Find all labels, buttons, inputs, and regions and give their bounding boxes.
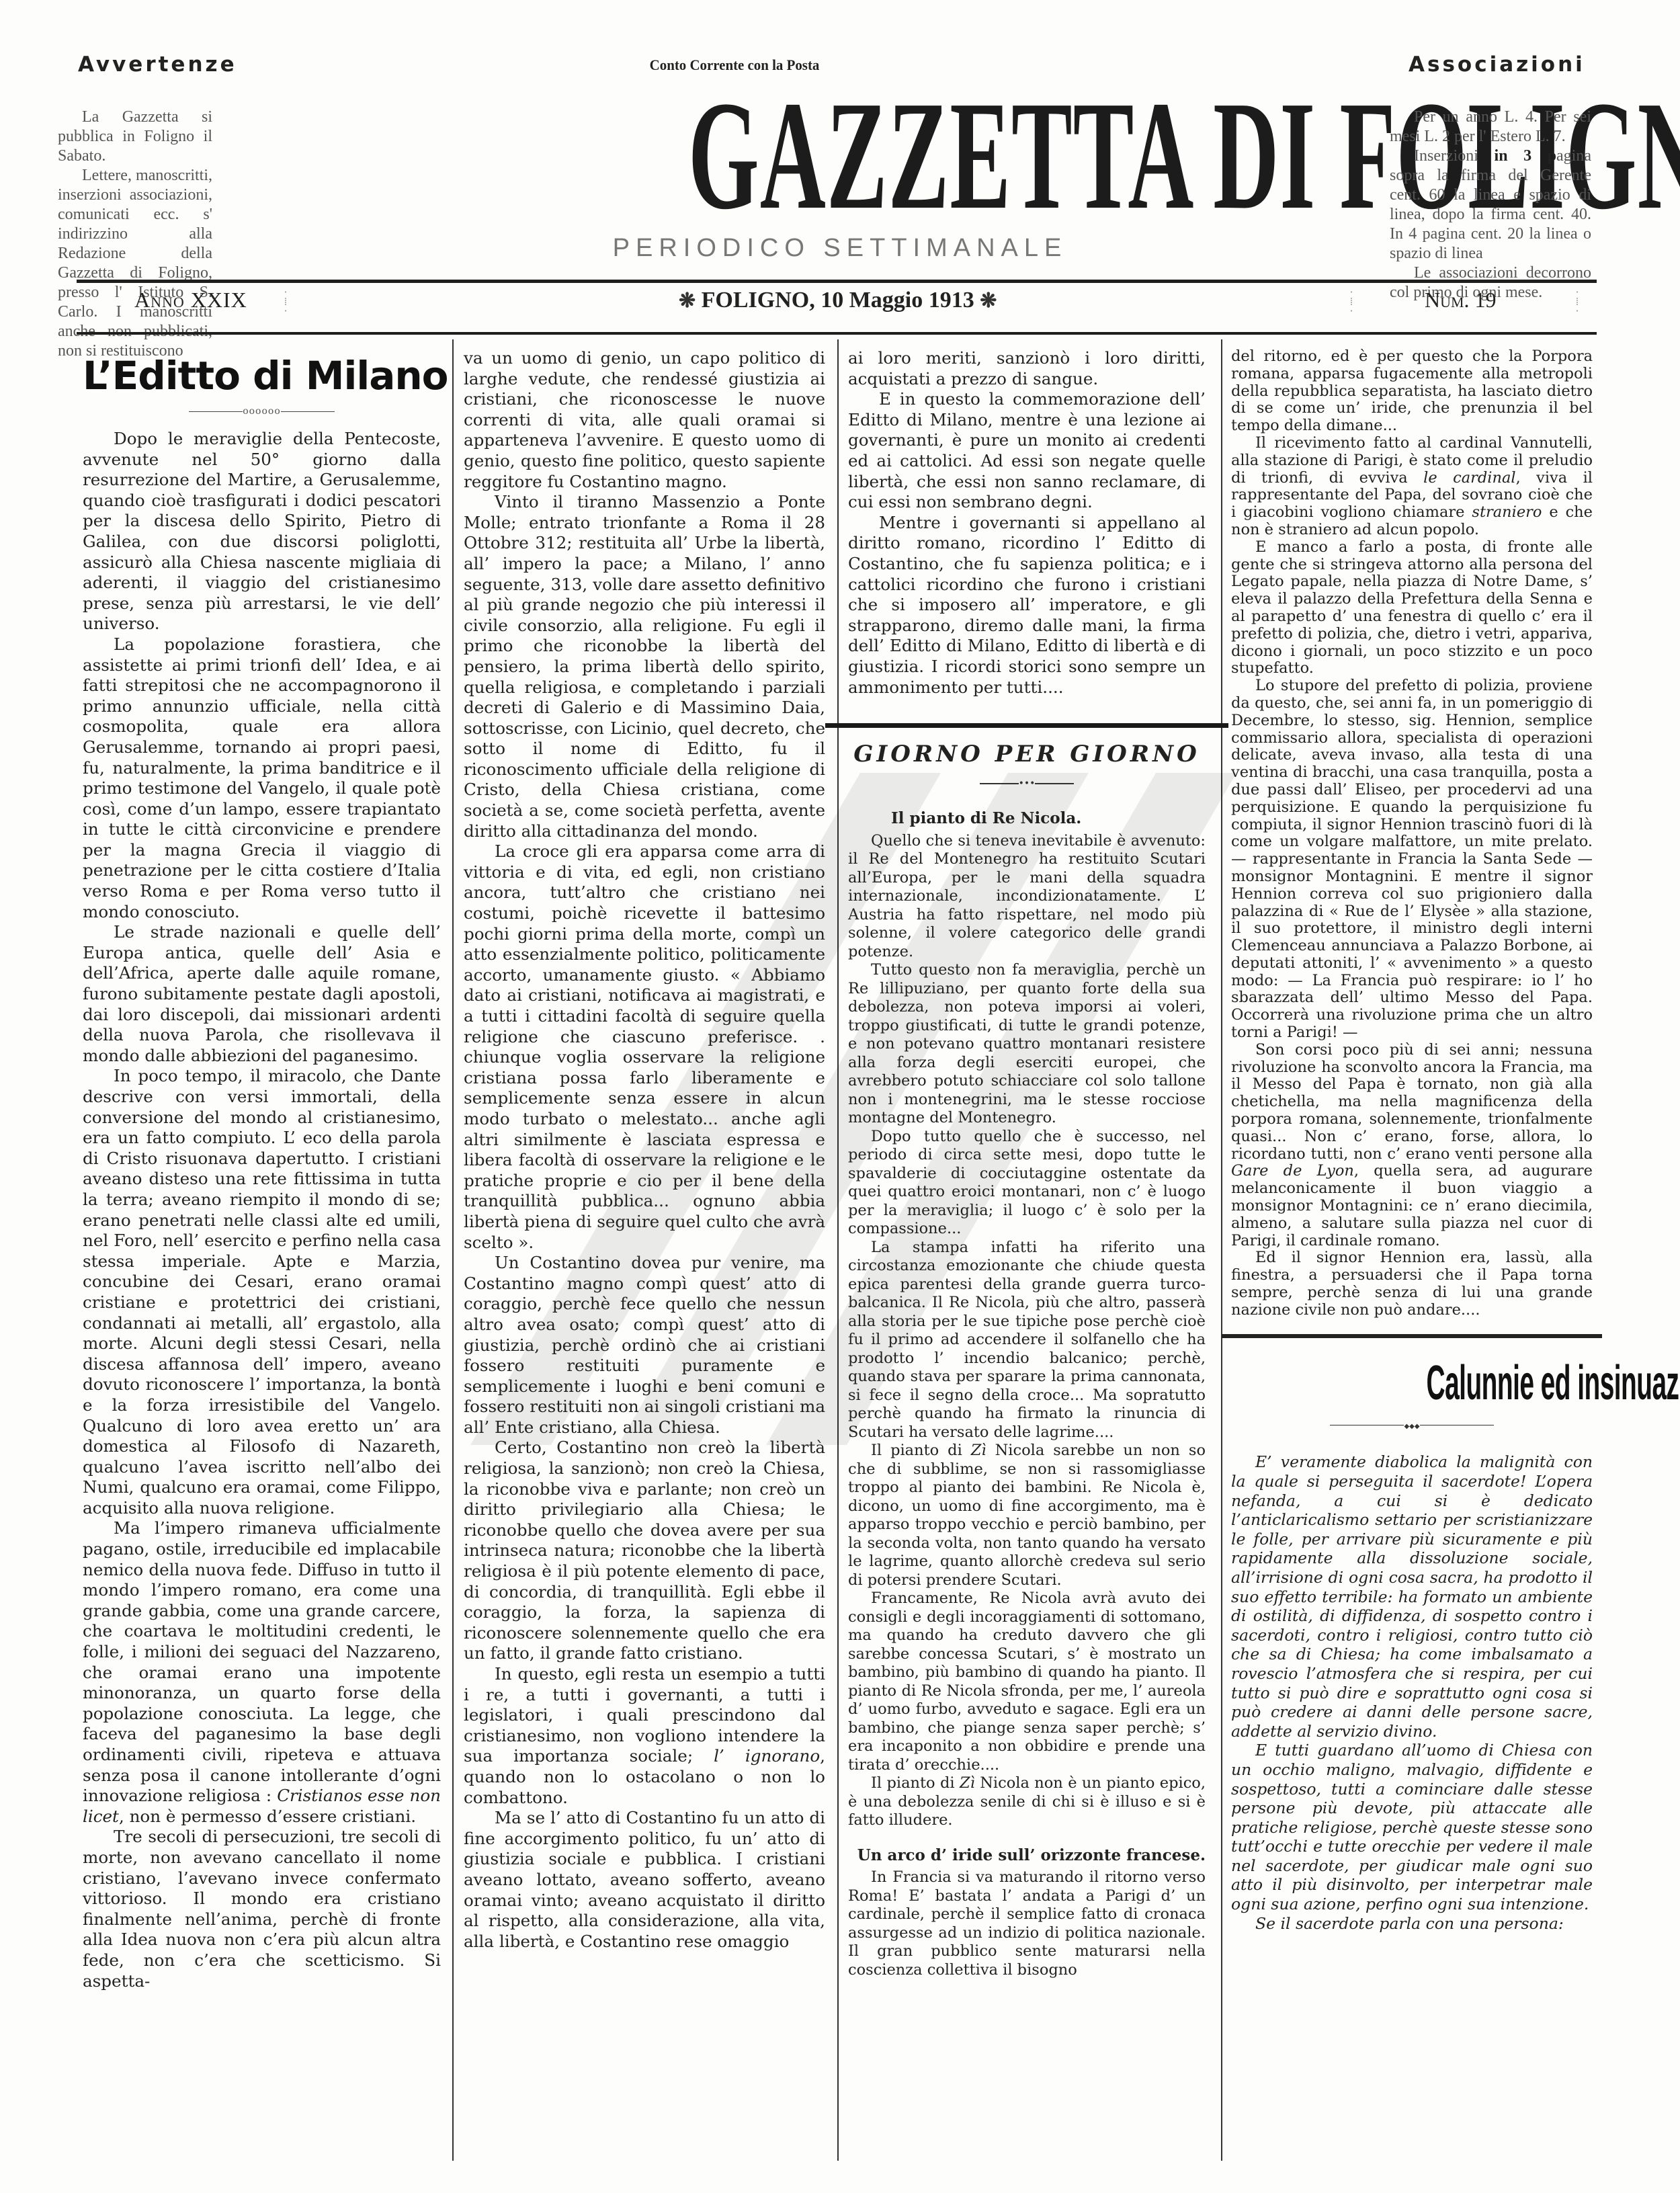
- editto-paragraph: E in questo la commemorazione dell’ Edit…: [848, 389, 1206, 513]
- arco-paragraph: In Francia si va maturando il ritorno ve…: [848, 1868, 1206, 1979]
- arco-paragraph: Ed il signor Hennion era, lassù, alla fi…: [1231, 1249, 1593, 1319]
- dateline-ornament-icon: ·⁞·: [282, 288, 289, 316]
- avvertenze-title: Avvertenze: [78, 52, 212, 77]
- arco-paragraph: del ritorno, ed è per questo che la Porp…: [1231, 348, 1593, 435]
- editto-paragraph: Ma se l’ atto di Costantino fu un atto d…: [464, 1808, 825, 1952]
- calunnie-paragraph: Se il sacerdote parla con una persona:: [1231, 1914, 1593, 1934]
- arco-italic: le cardinal: [1423, 469, 1515, 487]
- calunnie-paragraph: E tutti guardano all’uomo di Chiesa con …: [1231, 1741, 1593, 1913]
- editto-paragraph: Le strade nazionali e quelle dell’ Europ…: [83, 922, 441, 1066]
- dateline-rule: [77, 332, 1597, 335]
- arco-italic: Gare de Lyon: [1231, 1162, 1354, 1180]
- editto-paragraph: va un uomo di genio, un capo politico di…: [464, 348, 825, 492]
- ornament-dots-icon: •••: [1019, 778, 1036, 789]
- editto-headline: L’Editto di Milano: [83, 352, 441, 399]
- section-divider: [825, 723, 1228, 728]
- fleuron-left-icon: ❋: [679, 290, 696, 312]
- editto-paragraph: In questo, egli resta un esempio a tutti…: [464, 1664, 825, 1808]
- editto-paragraph: Tre secoli di persecuzioni, tre secoli d…: [83, 1827, 441, 1991]
- associazioni-box: Associazioni Per un anno L. 4. Per sei m…: [1390, 52, 1591, 302]
- calunnie-body: E’ veramente diabolica la malignità con …: [1231, 1452, 1593, 1933]
- arco-paragraph: Il ricevimento fatto al cardinal Vannute…: [1231, 435, 1593, 539]
- pianto-paragraph: Francamente, Re Nicola avrà avuto dei co…: [848, 1589, 1206, 1774]
- giorno-ornament: •••: [848, 775, 1206, 794]
- column-divider: [1221, 339, 1222, 2161]
- column-1: L’Editto di Milano oooooo Dopo le meravi…: [83, 352, 441, 1991]
- calunnie-paragraph: E’ veramente diabolica la malignità con …: [1231, 1452, 1593, 1741]
- top-rule: [77, 280, 1597, 283]
- arco-text: Son corsi poco più di sei anni; nessuna …: [1231, 1041, 1593, 1163]
- pianto-paragraph: Il pianto di Zì Nicola sarebbe un non so…: [848, 1442, 1206, 1589]
- column-divider: [452, 339, 454, 2161]
- pianto-paragraph: Dopo tutto quello che è successo, nel pe…: [848, 1128, 1206, 1239]
- pianto-text: Il pianto di: [871, 1774, 960, 1792]
- pianto-paragraph: Quello che si teneva inevitabile è avven…: [848, 832, 1206, 962]
- arco-paragraph: E manco a farlo a posta, di fronte alle …: [1231, 539, 1593, 677]
- column-3: ai loro meriti, sanzionò i loro diritti,…: [848, 348, 1206, 1979]
- associazioni-prices: Per un anno L. 4. Per sei mesi L. 2 per …: [1390, 108, 1591, 147]
- newspaper-page: Avvertenze La Gazzetta si pubblica in Fo…: [0, 0, 1680, 2193]
- editto-paragraph: ai loro meriti, sanzionò i loro diritti,…: [848, 348, 1206, 389]
- dateline-ornament-icon: ·⁞·: [1348, 288, 1355, 316]
- pianto-text: Nicola sarebbe un non so che di subblime…: [848, 1442, 1206, 1589]
- editto-paragraph: La popolazione forastiera, che assistett…: [83, 634, 441, 922]
- headline-ornament: oooooo: [83, 405, 441, 418]
- dateline-ornament-icon: ·⁞·: [1574, 288, 1581, 316]
- issue-number: Num. 19: [1425, 288, 1497, 320]
- arco-paragraph: Son corsi poco più di sei anni; nessuna …: [1231, 1042, 1593, 1250]
- column-2: va un uomo di genio, un capo politico di…: [464, 348, 825, 1952]
- issue-date: ❋ FOLIGNO, 10 Maggio 1913 ❋: [679, 288, 997, 320]
- ornament-diamonds-icon: ◆◆◆: [1404, 1423, 1419, 1430]
- column-4: del ritorno, ed è per questo che la Porp…: [1231, 348, 1593, 1933]
- editto-paragraph: Mentre i governanti si appellano al diri…: [848, 513, 1206, 698]
- pianto-paragraph: Il pianto di Zì Nicola non è un pianto e…: [848, 1774, 1206, 1830]
- anno-label: Anno XXIX: [134, 288, 247, 320]
- pianto-paragraph: Tutto questo non fa meraviglia, perchè u…: [848, 961, 1206, 1128]
- arco-italic: straniero: [1472, 503, 1542, 521]
- pianto-heading: Il pianto di Re Nicola.: [891, 809, 1206, 828]
- editto-italic: l’ ignorano: [714, 1746, 820, 1766]
- associazioni-inserzioni: Inserzioni in 3 pagina sopra la firma de…: [1390, 147, 1591, 263]
- pianto-italic: Zì: [971, 1442, 986, 1459]
- column-divider: [837, 339, 839, 2161]
- associazioni-title: Associazioni: [1409, 52, 1591, 77]
- calunnie-headline: Calunnie ed insinuazioni sistematiche: [1231, 1353, 1593, 1413]
- arco-paragraph: Lo stupore del prefetto di polizia, prov…: [1231, 677, 1593, 1042]
- ornament-circles-icon: oooooo: [243, 406, 281, 417]
- editto-paragraph: Certo, Costantino non creò la libertà re…: [464, 1438, 825, 1664]
- editto-paragraph: Dopo le meraviglie della Pentecoste, avv…: [83, 429, 441, 634]
- calunnie-ornament: ◆◆◆: [1231, 1417, 1593, 1436]
- giorno-per-giorno-heading: GIORNO PER GIORNO: [848, 745, 1206, 764]
- editto-paragraph: Ma l’impero rimaneva ufficialmente pagan…: [83, 1518, 441, 1827]
- pianto-paragraph: La stampa infatti ha riferito una circos…: [848, 1239, 1206, 1442]
- editto-paragraph: Vinto il tiranno Massenzio a Ponte Molle…: [464, 492, 825, 841]
- avvertenze-text-1: La Gazzetta si pubblica in Foligno il Sa…: [58, 108, 212, 166]
- editto-paragraph-tail: , non è permesso d’essere cristiani.: [119, 1807, 416, 1826]
- editto-paragraph: La croce gli era apparsa come arra di vi…: [464, 841, 825, 1253]
- newspaper-title: GAZZETTA DI FOLIGNO: [302, 89, 1391, 223]
- inserzioni-a: Inserzioni: [1414, 147, 1495, 165]
- calunnie-headline-text: Calunnie ed insinuazioni sistematiche: [1427, 1353, 1680, 1413]
- pianto-italic: Zì: [960, 1774, 975, 1792]
- section-divider: [1222, 1334, 1602, 1338]
- newspaper-subtitle: PERIODICO SETTIMANALE: [302, 234, 1378, 263]
- inserzioni-bold: in 3 p: [1495, 147, 1556, 165]
- pianto-text: Il pianto di: [871, 1442, 971, 1459]
- arco-heading: Un arco d’ iride sull’ orizzonte frances…: [848, 1846, 1206, 1865]
- editto-paragraph: Un Costantino dovea pur venire, ma Costa…: [464, 1253, 825, 1438]
- issue-date-text: FOLIGNO, 10 Maggio 1913: [702, 288, 974, 313]
- fleuron-right-icon: ❋: [980, 290, 997, 312]
- editto-paragraph: In poco tempo, il miracolo, che Dante de…: [83, 1066, 441, 1518]
- editto-paragraph-text: Ma l’impero rimaneva ufficialmente pagan…: [83, 1518, 441, 1805]
